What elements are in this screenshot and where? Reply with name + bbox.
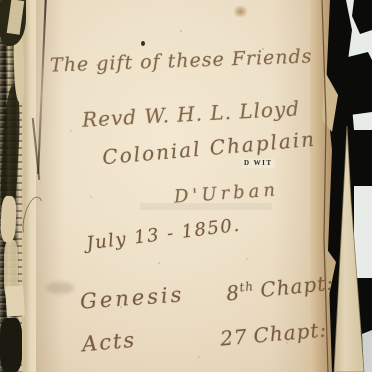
printed-show-through-text: D WIT [242,159,275,168]
ink-spot [141,41,145,46]
spine-paper-shred [5,285,25,316]
spine-paper-shred [0,196,17,242]
backdrop-white [354,186,372,278]
paper-speckles [0,0,2,2]
chapter-ordinal: th [239,279,255,294]
scripture-book-acts: Acts [81,328,137,357]
smudge-stain [46,282,74,294]
book-flyleaf-photo: The gift of these Friends Revd W. H. L. … [0,0,372,372]
chapter-number: 27 [219,324,248,350]
book-spine [0,0,36,372]
foxing-stain [233,5,248,18]
spine-dark-tatter [0,318,22,372]
